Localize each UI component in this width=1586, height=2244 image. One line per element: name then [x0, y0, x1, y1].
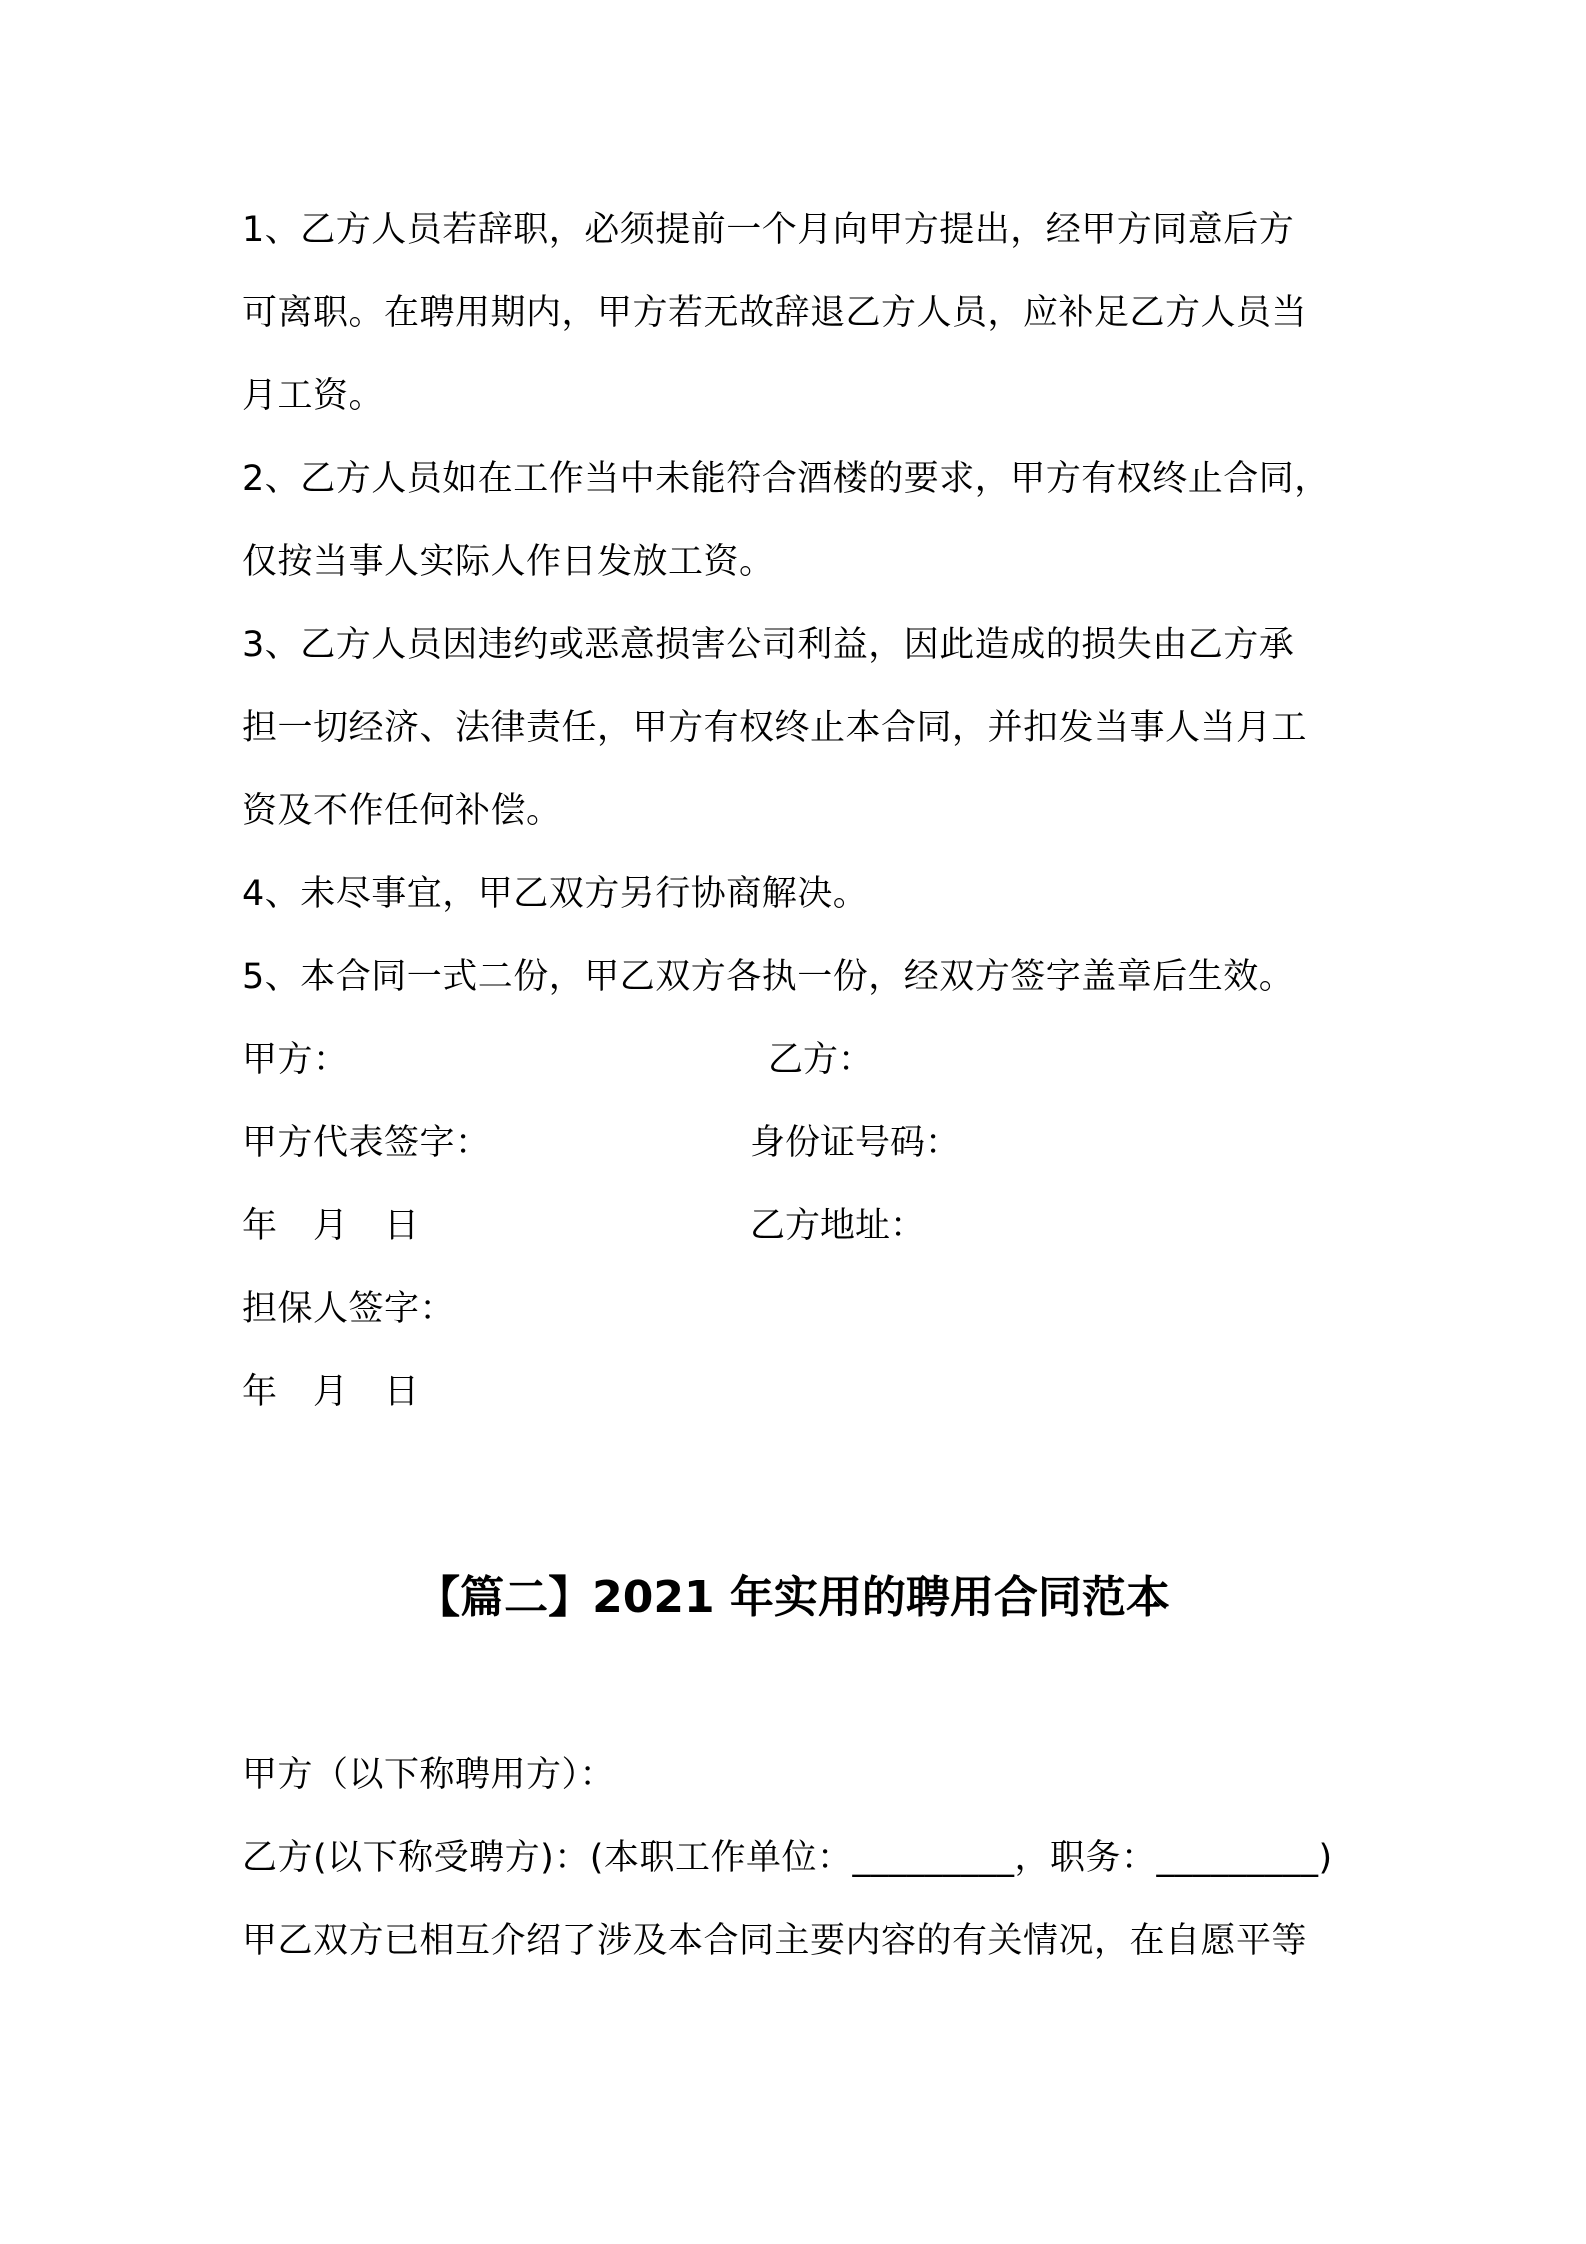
- clause-line: 1、乙方人员若辞职，必须提前一个月向甲方提出，经甲方同意后方: [242, 208, 1294, 252]
- clause-line: 担一切经济、法律责任，甲方有权终止本合同，并扣发当事人当月工: [242, 706, 1307, 750]
- date-label: 年 月 日: [242, 1204, 420, 1248]
- date-label: 年 月 日: [242, 1370, 420, 1414]
- intro-paragraph: 甲乙双方已相互介绍了涉及本合同主要内容的有关情况，在自愿平等: [242, 1919, 1307, 1963]
- party-b-address-label: 乙方地址：: [750, 1204, 925, 1248]
- clause-line: 仅按当事人实际人作日发放工资。: [242, 540, 775, 584]
- clause-line: 5、本合同一式二份，甲乙双方各执一份，经双方签字盖章后生效。: [242, 955, 1294, 999]
- clause-line: 2、乙方人员如在工作当中未能符合酒楼的要求，甲方有权终止合同，: [242, 457, 1330, 501]
- section-title: 【篇二】2021 年实用的聘用合同范本: [0, 1570, 1586, 1626]
- party-b-label: 乙方：: [768, 1038, 873, 1082]
- guarantor-label: 担保人签字：: [242, 1287, 455, 1331]
- party-a-label: 甲方：: [242, 1038, 349, 1082]
- party-a-rep-label: 甲方代表签字：: [242, 1121, 491, 1165]
- employee-label: 乙方(以下称受聘方)：(本职工作单位：_________，职务：________…: [242, 1836, 1333, 1880]
- clause-line: 资及不作任何补偿。: [242, 789, 562, 833]
- clause-line: 可离职。在聘用期内，甲方若无故辞退乙方人员，应补足乙方人员当: [242, 291, 1307, 335]
- id-number-label: 身份证号码：: [750, 1121, 960, 1165]
- clause-line: 月工资。: [242, 374, 384, 418]
- clause-line: 3、乙方人员因违约或恶意损害公司利益，因此造成的损失由乙方承: [242, 623, 1294, 667]
- employer-label: 甲方（以下称聘用方）：: [242, 1753, 615, 1797]
- clause-line: 4、未尽事宜，甲乙双方另行协商解决。: [242, 872, 868, 916]
